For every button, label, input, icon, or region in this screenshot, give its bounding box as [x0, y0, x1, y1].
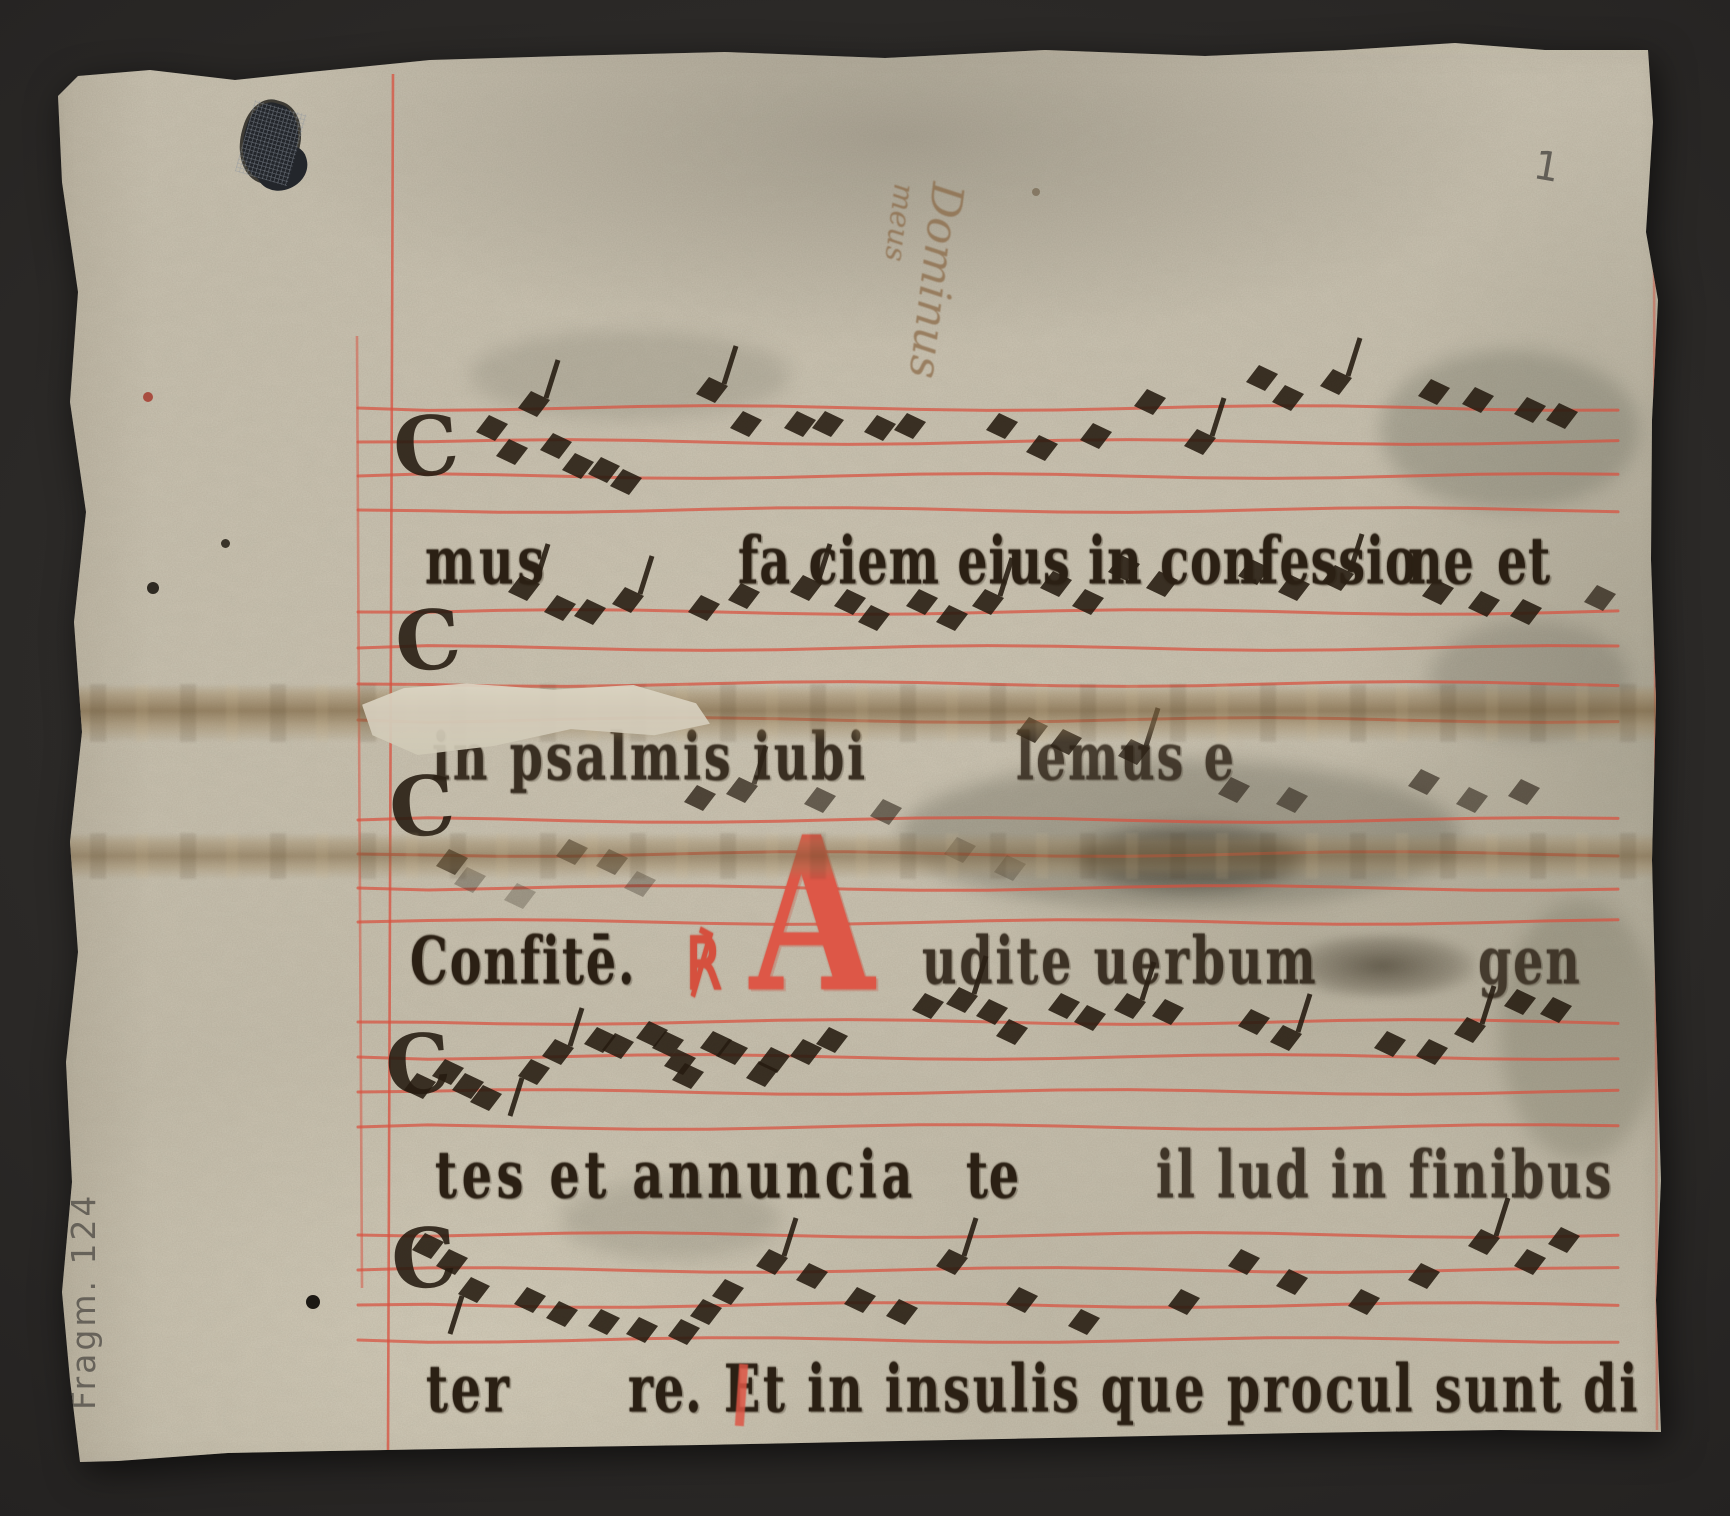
conservation-mesh-edge: [44, 250, 66, 720]
edge-shading: [0, 0, 1730, 1516]
parchment-fragment: CCCCC musfa ciem eius in confessioneetin…: [0, 0, 1730, 1516]
shelfmark-pencil: Fragm. 124: [64, 1193, 103, 1410]
photo-backdrop: CCCCC musfa ciem eius in confessioneetin…: [0, 0, 1730, 1516]
parchment-wrapper: CCCCC musfa ciem eius in confessioneetin…: [0, 0, 1730, 1516]
